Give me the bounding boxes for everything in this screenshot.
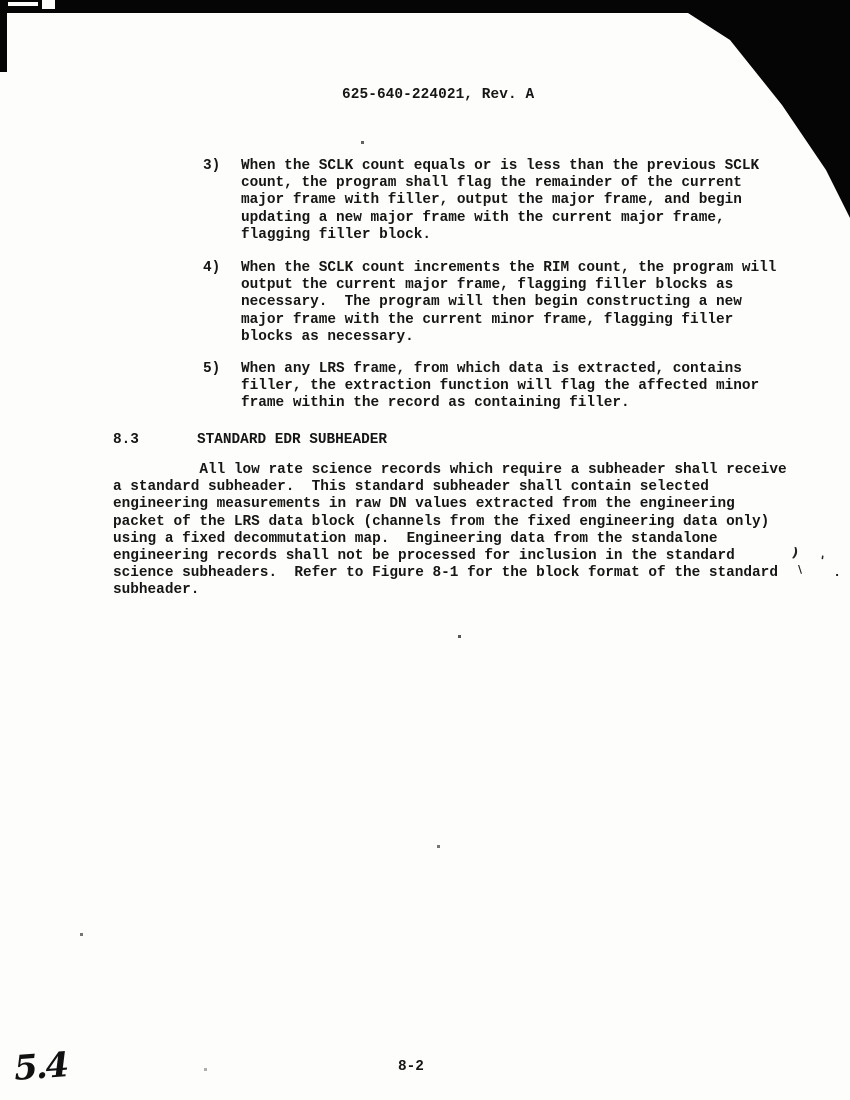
scanned-document-page: 625-640-224021, Rev. A 3) When the SCLK … bbox=[0, 0, 850, 1100]
list-item-text: When the SCLK count equals or is less th… bbox=[241, 158, 759, 244]
scan-artifact-left-bar bbox=[0, 12, 7, 72]
scan-artifact-top-band bbox=[55, 0, 850, 13]
list-item-text: When any LRS frame, from which data is e… bbox=[241, 361, 759, 413]
list-item-number: 5) bbox=[203, 361, 220, 378]
scan-speck bbox=[204, 1068, 207, 1071]
section-number: 8.3 bbox=[113, 432, 139, 449]
scan-speck bbox=[458, 635, 461, 638]
pen-mark: ' bbox=[819, 554, 825, 569]
scan-speck bbox=[80, 933, 83, 936]
document-number-header: 625-640-224021, Rev. A bbox=[342, 87, 534, 104]
pen-mark: ) bbox=[791, 546, 800, 562]
scan-artifact-topleft-slit bbox=[8, 2, 38, 6]
section-title: STANDARD EDR SUBHEADER bbox=[197, 432, 387, 449]
list-item-text: When the SCLK count increments the RIM c… bbox=[241, 260, 776, 346]
handwritten-note: 5.4 bbox=[13, 1045, 69, 1089]
pen-mark: \ bbox=[798, 563, 802, 576]
pen-mark: . bbox=[835, 566, 839, 579]
scan-speck bbox=[361, 141, 364, 144]
list-item-number: 4) bbox=[203, 260, 220, 277]
scan-speck bbox=[437, 845, 440, 848]
list-item-number: 3) bbox=[203, 158, 220, 175]
body-paragraph: All low rate science records which requi… bbox=[113, 462, 787, 600]
page-number: 8-2 bbox=[398, 1059, 424, 1076]
